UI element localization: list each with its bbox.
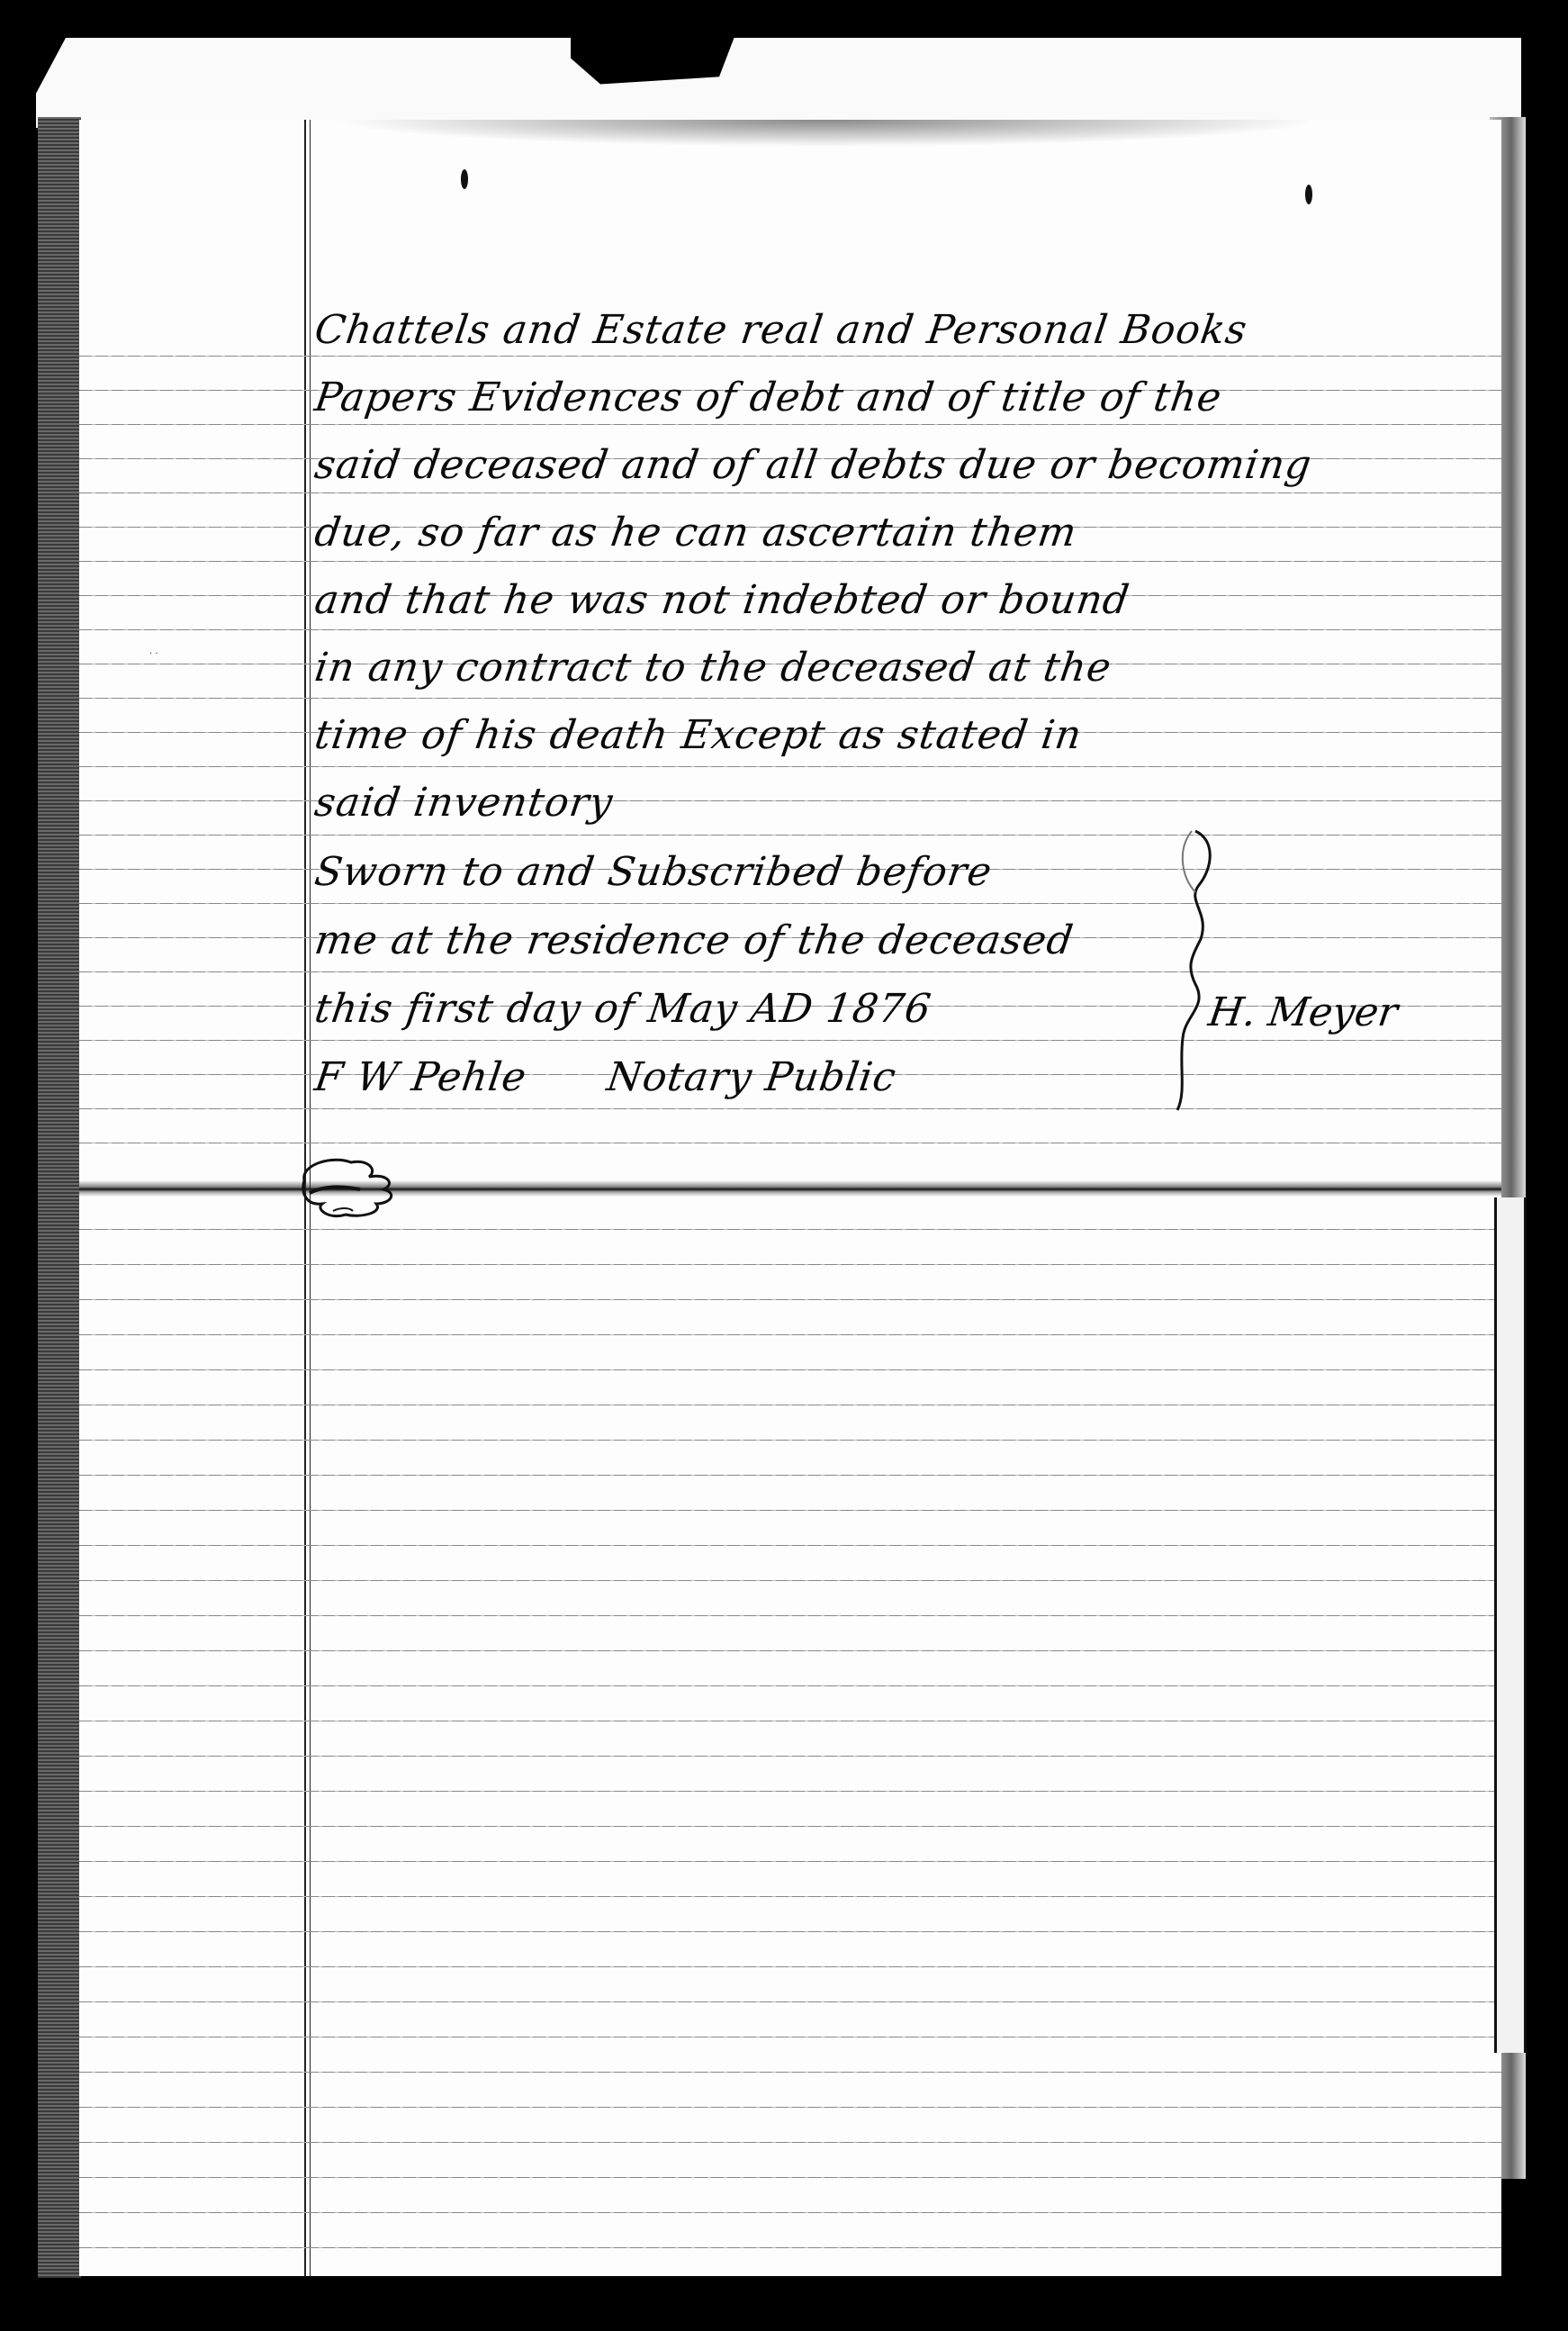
ruled-line	[79, 1299, 1501, 1300]
ruled-line	[79, 2107, 1501, 2108]
ruled-line	[79, 492, 1501, 493]
jurat-line: Sworn to and Subscribed before	[311, 849, 995, 895]
ruled-line	[79, 1861, 1501, 1862]
ruled-line	[79, 971, 1501, 972]
ruled-line	[79, 1756, 1501, 1757]
body-line: time of his death Except as stated in	[311, 712, 1085, 758]
ruled-line	[79, 1580, 1501, 1581]
ruled-line	[79, 766, 1501, 767]
ruled-line	[79, 356, 1501, 357]
ruled-line	[79, 1264, 1501, 1265]
ruled-line	[79, 561, 1501, 562]
ruled-line	[79, 2212, 1501, 2213]
left-edge-shadow	[38, 117, 81, 2278]
ruled-line	[79, 2001, 1501, 2002]
lined-page: · · Chattels and Estate real and Persona…	[79, 120, 1501, 2276]
body-line: in any contract to the deceased at the	[311, 645, 1114, 691]
ruled-line	[79, 1826, 1501, 1827]
ruled-line	[79, 903, 1501, 904]
body-line: Chattels and Estate real and Personal Bo…	[311, 307, 1250, 353]
ruled-line	[79, 1440, 1501, 1441]
ruled-line	[79, 1685, 1501, 1686]
document-sheet: · · Chattels and Estate real and Persona…	[0, 0, 1568, 2331]
torn-right-edge	[1494, 1197, 1527, 2053]
body-line: said deceased and of all debts due or be…	[311, 442, 1314, 488]
ruled-line	[79, 1369, 1501, 1370]
top-crease-shadow	[331, 120, 1321, 147]
body-line: due, so far as he can ascertain them	[311, 510, 1079, 556]
notary-name: F W Pehle	[311, 1054, 529, 1100]
ruled-line	[79, 1615, 1501, 1616]
ruled-line	[79, 2142, 1501, 2143]
ruled-line	[79, 2072, 1501, 2073]
ruled-line	[79, 1931, 1501, 1932]
ruled-line	[79, 2247, 1501, 2248]
ruled-line	[79, 1510, 1501, 1511]
ruled-line	[79, 835, 1501, 836]
jurat-line: this first day of May AD 1876	[311, 986, 934, 1032]
ruled-line	[79, 424, 1501, 425]
ruled-line	[79, 629, 1501, 630]
affiant-signature: H. Meyer	[1205, 989, 1401, 1035]
ruled-line	[79, 1650, 1501, 1651]
punch-hole-icon	[1305, 185, 1312, 204]
ruled-line	[79, 698, 1501, 699]
body-line: and that he was not indebted or bound	[311, 577, 1132, 623]
folded-top-tab	[36, 38, 1521, 131]
ink-speck-icon: · ·	[149, 649, 158, 659]
ruled-line	[79, 1721, 1501, 1721]
ruled-line	[79, 1229, 1501, 1230]
ruled-line	[79, 1334, 1501, 1335]
notary-flourish-icon	[297, 1153, 414, 1225]
jurat-line: me at the residence of the deceased	[311, 917, 1077, 963]
ruled-line	[79, 1108, 1501, 1109]
ruled-line	[79, 1896, 1501, 1897]
curly-brace-icon	[1159, 822, 1222, 1119]
fold-crease	[79, 1180, 1501, 1197]
ruled-line	[79, 800, 1501, 801]
ruled-line	[79, 2037, 1501, 2037]
ruled-line	[79, 2177, 1501, 2178]
ruled-line	[79, 1405, 1501, 1405]
punch-hole-icon	[461, 169, 468, 189]
ruled-line	[79, 1040, 1501, 1041]
ruled-line	[79, 1143, 1501, 1143]
notary-line: F W Pehle Notary Public	[311, 1054, 899, 1100]
ruled-line	[79, 1966, 1501, 1967]
body-line: said inventory	[311, 780, 616, 826]
ruled-line	[79, 1791, 1501, 1792]
ruled-line	[79, 1545, 1501, 1546]
notary-title: Notary Public	[604, 1054, 899, 1100]
ruled-line	[79, 1475, 1501, 1476]
body-line: Papers Evidences of debt and of title of…	[311, 375, 1224, 420]
